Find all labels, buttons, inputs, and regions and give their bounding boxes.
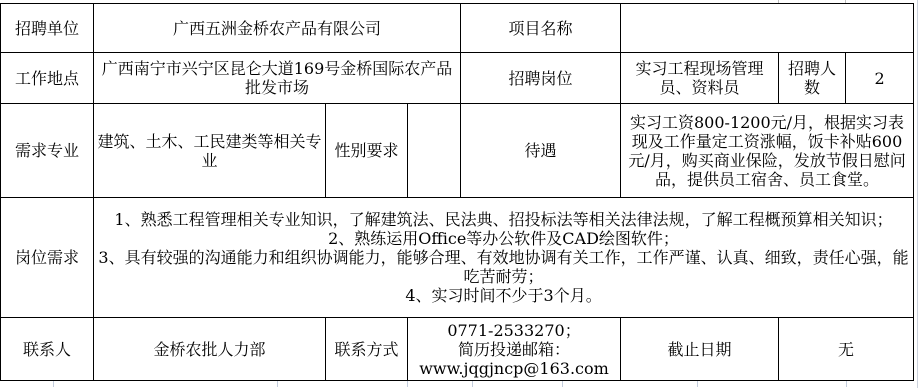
row-major-salary: 需求专业 建筑、土木、工民建类等相关专业 性别要求 待遇 实习工资800-120… [1,104,914,198]
unit-value-cell: 广西五洲金桥农产品有限公司 [94,4,461,53]
gridline-stub [407,381,408,387]
project-name-value-cell [621,4,914,53]
headcount-label-cell: 招聘人数 [779,53,846,104]
headcount-value-cell: 2 [846,53,914,104]
requirements-label-cell: 岗位需求 [1,198,94,318]
position-label-cell: 招聘岗位 [461,53,621,104]
requirement-item: 1、熟悉工程管理相关专业知识，了解建筑法、民法典、招投标法等相关法律法规，了解工… [96,210,911,229]
requirement-item: 2、熟练运用Office等办公软件及CAD绘图软件； [96,229,911,248]
gridline-stub [778,0,779,3]
gridline-stub [277,381,278,387]
contact-value-cell: 金桥农批人力部 [94,318,326,381]
gender-label-cell: 性别要求 [326,104,408,198]
location-value-cell: 广西南宁市兴宁区昆仑大道169号金桥国际农产品批发市场 [94,53,461,104]
contact-email: www.jqgjncp@163.com [410,359,618,378]
requirement-item: 4、实习时间不少于3个月。 [96,286,911,305]
salary-value-cell: 实习工资800-1200元/月，根据实习表现及工作量定工资涨幅，饭卡补贴600元… [621,104,914,198]
deadline-label-cell: 截止日期 [621,318,779,381]
row-work-location: 工作地点 广西南宁市兴宁区昆仑大道169号金桥国际农产品批发市场 招聘岗位 实习… [1,53,914,104]
gridline-stub [697,381,698,387]
gender-value-cell [408,104,461,198]
deadline-value-cell: 无 [779,318,914,381]
requirement-item: 3、具有较强的沟通能力和组织协调能力，能够合理、有效地协调有关工作，工作严谨、认… [96,248,911,286]
recruitment-table: 招聘单位 广西五洲金桥农产品有限公司 项目名称 工作地点 广西南宁市兴宁区昆仑大… [0,3,914,381]
gridline-stub [846,381,847,387]
project-name-label-cell: 项目名称 [461,4,621,53]
contact-method-value-cell: 0771-2533270； 简历投递邮箱： www.jqgjncp@163.co… [408,318,621,381]
gridline-stub [472,381,473,387]
contact-email-caption: 简历投递邮箱： [410,340,618,359]
row-contact: 联系人 金桥农批人力部 联系方式 0771-2533270； 简历投递邮箱： w… [1,318,914,381]
contact-method-label-cell: 联系方式 [326,318,408,381]
gridline-stub [845,0,846,3]
major-label-cell: 需求专业 [1,104,94,198]
requirements-value-cell: 1、熟悉工程管理相关专业知识，了解建筑法、民法典、招投标法等相关法律法规，了解工… [94,198,914,318]
recruitment-notice-page: { "colors": { "table_border": "#000000",… [0,0,919,388]
row-position-requirements: 岗位需求 1、熟悉工程管理相关专业知识，了解建筑法、民法典、招投标法等相关法律法… [1,198,914,318]
position-value-cell: 实习工程现场管理员、资料员 [621,53,779,104]
row-recruiting-unit: 招聘单位 广西五洲金桥农产品有限公司 项目名称 [1,4,914,53]
salary-label-cell: 待遇 [461,104,621,198]
gridline-right-edge [917,0,918,388]
major-value-cell: 建筑、土木、工民建类等相关专业 [94,104,326,198]
contact-phone: 0771-2533270； [410,321,618,340]
unit-label-cell: 招聘单位 [1,4,94,53]
contact-label-cell: 联系人 [1,318,94,381]
location-label-cell: 工作地点 [1,53,94,104]
gridline-stub [53,381,54,387]
gridline-stub [562,381,563,387]
